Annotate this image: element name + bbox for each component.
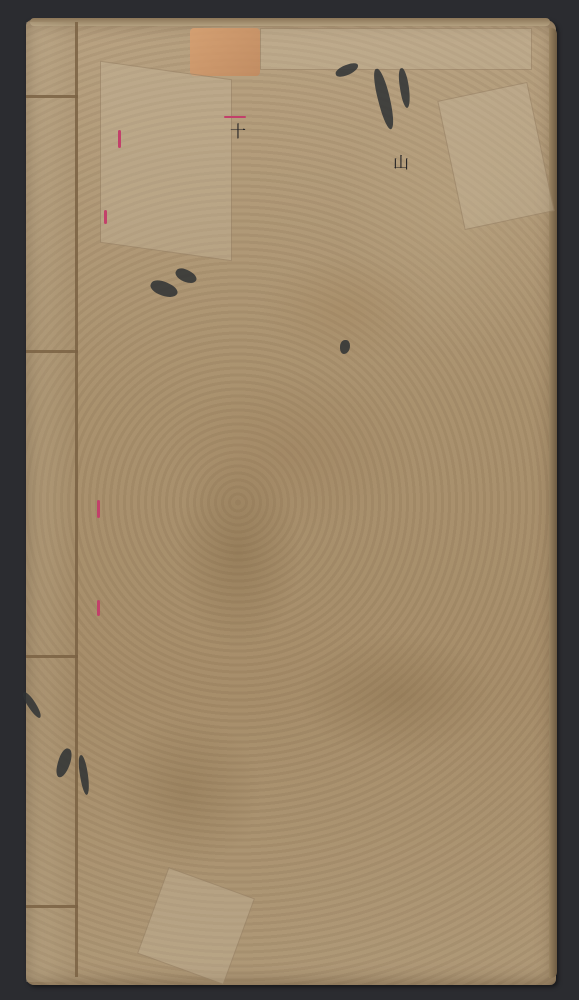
orange-paper-patch bbox=[190, 28, 260, 76]
red-mark bbox=[104, 210, 107, 224]
ink-character-right: 山 bbox=[393, 155, 409, 171]
torn-paper-patch bbox=[100, 61, 232, 262]
binding-stitch bbox=[26, 350, 78, 353]
red-mark bbox=[97, 500, 100, 518]
binding-stitch bbox=[26, 655, 78, 658]
binding-stitch bbox=[26, 95, 78, 98]
binding-stitch bbox=[26, 905, 78, 908]
spine-panel bbox=[26, 22, 76, 982]
red-seal-line bbox=[224, 116, 246, 118]
cover-top-edge bbox=[30, 18, 550, 26]
torn-paper-strip bbox=[260, 28, 532, 70]
red-mark bbox=[118, 130, 121, 148]
ink-character-top: 十 bbox=[230, 124, 246, 140]
binding-thread-vertical bbox=[75, 22, 78, 977]
red-mark bbox=[97, 600, 100, 616]
cover-right-edge bbox=[549, 28, 557, 978]
